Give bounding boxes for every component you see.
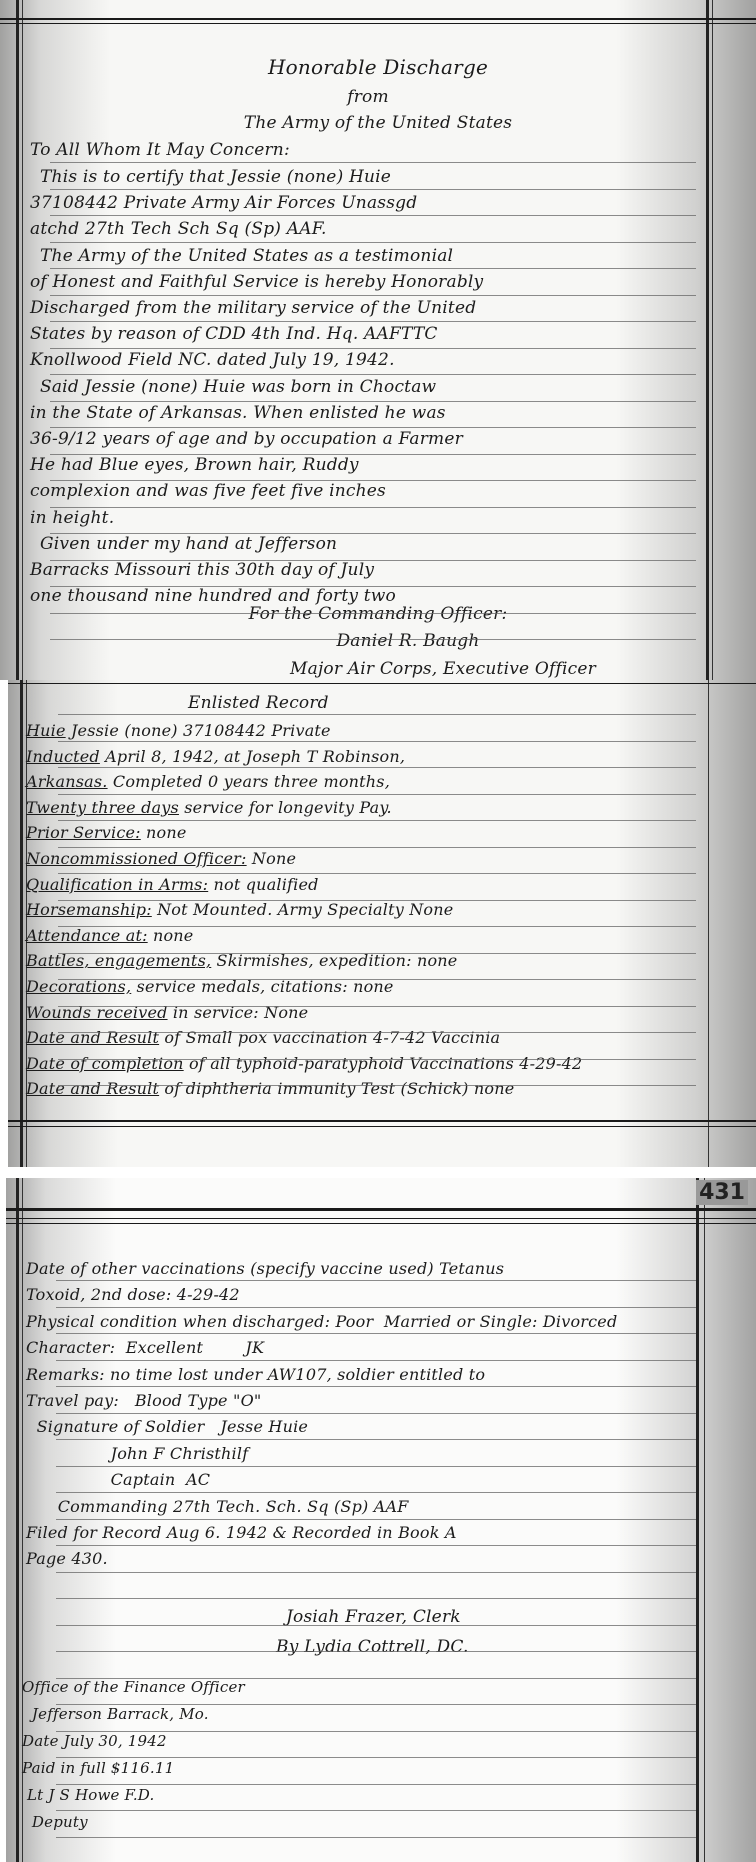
enlisted-record-line: Arkansas. Completed 0 years three months… — [26, 771, 696, 793]
salutation: To All Whom It May Concern: — [30, 139, 696, 161]
field-label: Qualification in Arms: — [26, 875, 208, 894]
ledger-border-right-inner — [704, 1178, 705, 1862]
ledger-rule — [58, 953, 696, 954]
ledger-rule — [58, 767, 696, 768]
field-label: Huie — [26, 721, 66, 740]
title-from: from — [40, 86, 696, 108]
field-label: Noncommissioned Officer: — [26, 849, 247, 868]
ledger-rule — [50, 454, 696, 455]
ledger-rule — [50, 560, 696, 561]
discharge-line: of Honest and Faithful Service is hereby… — [30, 271, 696, 293]
ledger-rule — [56, 1545, 696, 1546]
discharge-certificate-scan: Honorable Discharge from The Army of the… — [0, 0, 756, 680]
ledger-rule — [58, 1059, 696, 1060]
ledger-rule — [56, 1731, 696, 1732]
discharge-line: atchd 27th Tech Sch Sq (Sp) AAF. — [30, 218, 696, 240]
ledger-rule — [56, 1678, 696, 1679]
field-label: Inducted — [26, 747, 100, 766]
discharge-line: Discharged from the military service of … — [30, 297, 696, 319]
ledger-rule — [50, 533, 696, 534]
ledger-rule — [50, 215, 696, 216]
ledger-rule — [56, 1572, 696, 1573]
ledger-rule — [50, 586, 696, 587]
for-commanding-officer: For the Commanding Officer: — [60, 603, 696, 625]
ledger-rule — [56, 1333, 696, 1334]
ledger-rule — [58, 847, 696, 848]
page-number: 431 — [696, 1180, 748, 1205]
signer-name: Daniel R. Baugh — [120, 630, 696, 652]
ledger-rule — [50, 480, 696, 481]
ledger-rule — [50, 242, 696, 243]
ledger-rule — [58, 1085, 696, 1086]
ledger-top-rule — [8, 683, 756, 684]
ledger-border-right — [706, 0, 709, 680]
enlisted-record-line: Attendance at: none — [26, 925, 696, 947]
ledger-rule — [56, 1492, 696, 1493]
field-value: not qualified — [208, 875, 318, 894]
continuation-line: Page 430. — [26, 1548, 696, 1570]
field-value: of all typhoid-paratyphoid Vaccinations … — [184, 1054, 583, 1073]
continuation-page-scan: 431 Date of other vaccinations (specify … — [6, 1178, 756, 1862]
field-value: Skirmishes, expedition: none — [211, 951, 457, 970]
ledger-rule — [58, 900, 696, 901]
field-value: April 8, 1942, at Joseph T Robinson, — [100, 747, 405, 766]
discharge-line: in height. — [30, 507, 696, 529]
ledger-bottom-rule-2 — [8, 1126, 756, 1127]
enlisted-record-line: Inducted April 8, 1942, at Joseph T Robi… — [26, 746, 696, 768]
ledger-rule — [50, 295, 696, 296]
ledger-rule — [50, 189, 696, 190]
field-label: Arkansas. — [26, 772, 108, 791]
continuation-line: Date of other vaccinations (specify vacc… — [26, 1258, 696, 1280]
ledger-rule — [58, 1032, 696, 1033]
field-value: of diphtheria immunity Test (Schick) non… — [159, 1079, 514, 1098]
field-label: Battles, engagements, — [26, 951, 211, 970]
ledger-rule — [56, 1757, 696, 1758]
ledger-border-left — [20, 680, 23, 1167]
enlisted-record-line: Date and Result of diphtheria immunity T… — [26, 1078, 696, 1100]
enlisted-record-line: Twenty three days service for longevity … — [26, 797, 696, 819]
continuation-line: Travel pay: Blood Type "O" — [26, 1390, 696, 1412]
ledger-rule — [50, 401, 696, 402]
ledger-rule — [58, 741, 696, 742]
ledger-rule — [56, 1810, 696, 1811]
discharge-line: The Army of the United States as a testi… — [40, 245, 696, 267]
discharge-line: Given under my hand at Jefferson — [40, 533, 696, 555]
ledger-rule — [50, 639, 696, 640]
ledger-rule — [58, 873, 696, 874]
continuation-line: Captain AC — [26, 1469, 696, 1491]
continuation-line: Commanding 27th Tech. Sch. Sq (Sp) AAF — [26, 1496, 696, 1518]
field-value: None — [247, 849, 297, 868]
ledger-rule — [50, 374, 696, 375]
enlisted-record-line: Battles, engagements, Skirmishes, expedi… — [26, 950, 696, 972]
ledger-top-rule — [0, 18, 756, 20]
enlisted-record-line: Qualification in Arms: not qualified — [26, 874, 696, 896]
discharge-line: States by reason of CDD 4th Ind. Hq. AAF… — [30, 323, 696, 345]
ledger-border-right-inner — [712, 0, 713, 680]
ledger-rule — [50, 162, 696, 163]
ledger-rule — [58, 979, 696, 980]
finance-line: Jefferson Barrack, Mo. — [22, 1703, 696, 1725]
ledger-rule — [50, 268, 696, 269]
ledger-rule — [50, 613, 696, 614]
ledger-rule — [50, 507, 696, 508]
ledger-rule — [56, 1519, 696, 1520]
enlisted-record-heading: Enlisted Record — [188, 692, 696, 714]
enlisted-record-line: Noncommissioned Officer: None — [26, 848, 696, 870]
field-label: Date and Result — [26, 1079, 159, 1098]
continuation-line: Filed for Record Aug 6. 1942 & Recorded … — [26, 1522, 696, 1544]
discharge-line: Knollwood Field NC. dated July 19, 1942. — [30, 349, 696, 371]
continuation-line: Physical condition when discharged: Poor… — [26, 1311, 696, 1333]
ledger-rule — [58, 714, 696, 715]
ledger-rule — [56, 1651, 696, 1652]
discharge-line: 37108442 Private Army Air Forces Unassgd — [30, 192, 696, 214]
ledger-rule — [56, 1625, 696, 1626]
title-organization: The Army of the United States — [60, 112, 696, 134]
discharge-line: This is to certify that Jessie (none) Hu… — [40, 166, 696, 188]
ledger-border-left — [16, 1178, 19, 1862]
field-label: Twenty three days — [26, 798, 179, 817]
finance-line: Date July 30, 1942 — [22, 1730, 696, 1752]
ledger-rule — [56, 1784, 696, 1785]
ledger-rule — [56, 1413, 696, 1414]
enlisted-record-line: Date of completion of all typhoid-paraty… — [26, 1053, 696, 1075]
field-value: Not Mounted. Army Specialty None — [152, 900, 454, 919]
ledger-rule — [56, 1466, 696, 1467]
enlisted-record-line: Date and Result of Small pox vaccination… — [26, 1027, 696, 1049]
ledger-rule — [50, 427, 696, 428]
discharge-line: Said Jessie (none) Huie was born in Choc… — [40, 376, 696, 398]
enlisted-record-scan: Enlisted Record Huie Jessie (none) 37108… — [8, 680, 756, 1167]
ledger-rule — [56, 1280, 696, 1281]
field-value: none — [148, 926, 194, 945]
enlisted-record-line: Horsemanship: Not Mounted. Army Specialt… — [26, 899, 696, 921]
ledger-bottom-rule — [8, 1120, 756, 1122]
discharge-line: He had Blue eyes, Brown hair, Ruddy — [30, 454, 696, 476]
field-label: Prior Service: — [26, 823, 141, 842]
discharge-line: 36-9/12 years of age and by occupation a… — [30, 428, 696, 450]
finance-line: Office of the Finance Officer — [22, 1676, 696, 1698]
field-value: Completed 0 years three months, — [108, 772, 390, 791]
signer-title: Major Air Corps, Executive Officer — [290, 658, 756, 680]
ledger-rule — [56, 1704, 696, 1705]
enlisted-record-line: Huie Jessie (none) 37108442 Private — [26, 720, 696, 742]
ledger-rule — [58, 1006, 696, 1007]
ledger-top-rule — [6, 1208, 756, 1211]
ledger-rule — [56, 1307, 696, 1308]
ledger-border-right — [708, 680, 709, 1167]
field-label: Attendance at: — [26, 926, 148, 945]
continuation-line: Signature of Soldier Jesse Huie — [26, 1416, 696, 1438]
ledger-rule — [58, 926, 696, 927]
field-value: service for longevity Pay. — [179, 798, 392, 817]
ledger-rule — [56, 1386, 696, 1387]
enlisted-record-line: Prior Service: none — [26, 822, 696, 844]
document-title: Honorable Discharge — [60, 56, 696, 78]
ledger-top-rule-2 — [0, 23, 756, 24]
ledger-border-left-inner — [22, 0, 23, 680]
ledger-border-right — [696, 1178, 699, 1862]
continuation-line: Remarks: no time lost under AW107, soldi… — [26, 1364, 696, 1386]
ledger-rule — [58, 820, 696, 821]
field-label: Date of completion — [26, 1054, 184, 1073]
discharge-line: Barracks Missouri this 30th day of July — [30, 559, 696, 581]
ledger-top-rule-2 — [6, 1218, 756, 1219]
ledger-border-left — [16, 0, 19, 680]
continuation-line: Character: Excellent JK — [26, 1337, 696, 1359]
finance-line: Paid in full $116.11 — [22, 1757, 696, 1779]
discharge-line: complexion and was five feet five inches — [30, 480, 696, 502]
ledger-top-rule-3 — [6, 1223, 756, 1224]
ledger-rule — [56, 1360, 696, 1361]
field-value: Jessie (none) 37108442 Private — [66, 721, 331, 740]
ledger-rule — [56, 1837, 696, 1838]
deputy-clerk-signature: By Lydia Cottrell, DC. — [276, 1636, 696, 1658]
finance-line: Lt J S Howe F.D. — [22, 1784, 696, 1806]
continuation-line: John F Christhilf — [26, 1443, 696, 1465]
discharge-line: in the State of Arkansas. When enlisted … — [30, 402, 696, 424]
ledger-rule — [56, 1598, 696, 1599]
field-value: none — [141, 823, 187, 842]
ledger-rule — [50, 348, 696, 349]
ledger-rule — [50, 321, 696, 322]
continuation-line: Toxoid, 2nd dose: 4-29-42 — [26, 1284, 696, 1306]
ledger-rule — [56, 1439, 696, 1440]
field-label: Horsemanship: — [26, 900, 152, 919]
ledger-rule — [58, 794, 696, 795]
finance-line: Deputy — [22, 1811, 696, 1833]
